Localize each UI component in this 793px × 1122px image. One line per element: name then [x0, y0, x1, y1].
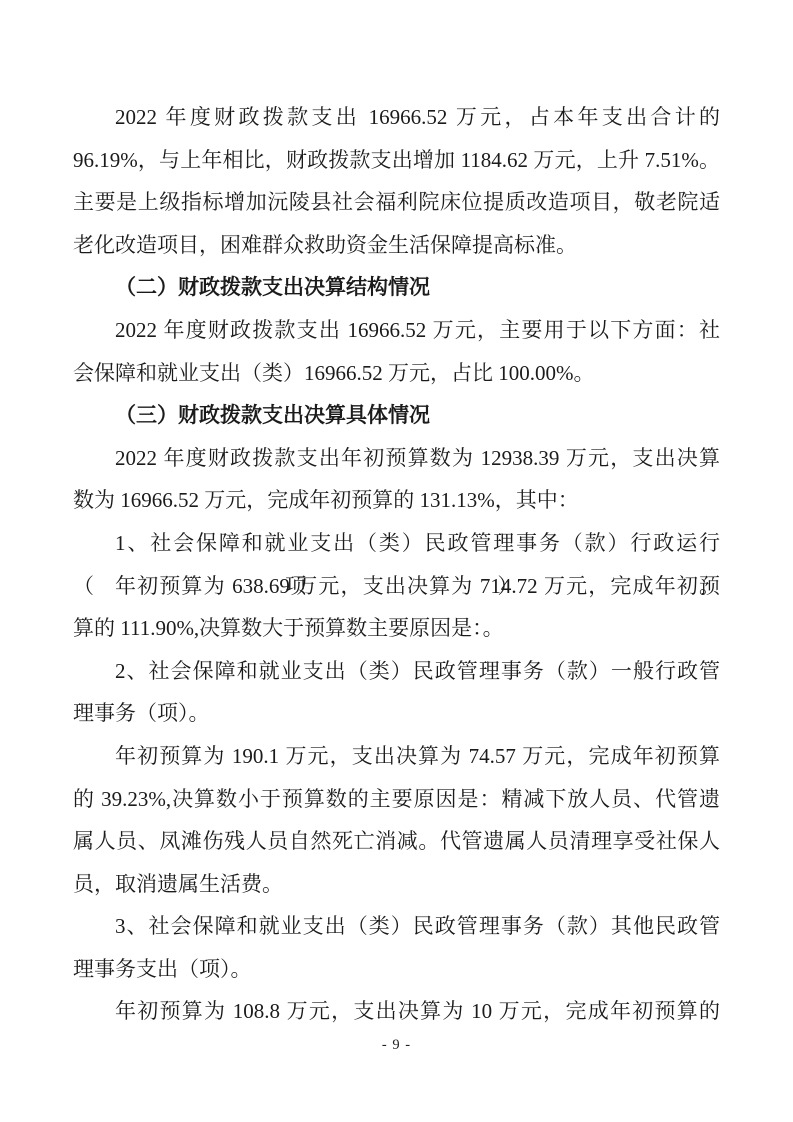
text-line: 2、社会保障和就业支出（类）民政管理事务（款）一般行政管	[73, 650, 720, 693]
text-line: 3、社会保障和就业支出（类）民政管理事务（款）其他民政管	[73, 905, 720, 948]
document-page: 2022 年度财政拨款支出 16966.52 万元，占本年支出合计的 96.19…	[0, 0, 793, 1122]
text-line: 算的 111.90%,决算数大于预算数主要原因是：。	[73, 607, 720, 650]
document-body: 2022 年度财政拨款支出 16966.52 万元，占本年支出合计的 96.19…	[73, 96, 720, 1033]
text-line: 96.19%，与上年相比，财政拨款支出增加 1184.62 万元，上升 7.51…	[73, 139, 720, 182]
text-line: 数为 16966.52 万元，完成年初预算的 131.13%，其中：	[73, 479, 720, 522]
text-line: 年初预算为 108.8 万元，支出决算为 10 万元，完成年初预算的	[73, 990, 720, 1033]
section-heading: （二）财政拨款支出决算结构情况	[73, 266, 720, 309]
text-line: 的 39.23%,决算数小于预算数的主要原因是：精减下放人员、代管遗	[73, 778, 720, 821]
section-heading: （三）财政拨款支出决算具体情况	[73, 394, 720, 437]
text-line: 年初预算为 190.1 万元，支出决算为 74.57 万元，完成年初预算	[73, 735, 720, 778]
text-line: 会保障和就业支出（类）16966.52 万元，占比 100.00%。	[73, 352, 720, 395]
text-line: 理事务（项）。	[73, 692, 720, 735]
text-line: 年初预算为 638.69 万元，支出决算为 714.72 万元，完成年初预	[73, 565, 720, 608]
text-line: 2022 年度财政拨款支出 16966.52 万元，主要用于以下方面：社	[73, 309, 720, 352]
text-line: 1、社会保障和就业支出（类）民政管理事务（款）行政运行（项）。	[73, 522, 720, 565]
text-line: 主要是上级指标增加沅陵县社会福利院床位提质改造项目，敬老院适	[73, 181, 720, 224]
text-line: 2022 年度财政拨款支出年初预算数为 12938.39 万元，支出决算	[73, 437, 720, 480]
text-line: 员，取消遗属生活费。	[73, 863, 720, 906]
text-line: 老化改造项目，困难群众救助资金生活保障提高标准。	[73, 224, 720, 267]
page-number: - 9 -	[0, 1035, 793, 1055]
text-line: 属人员、凤滩伤残人员自然死亡消减。代管遗属人员清理享受社保人	[73, 820, 720, 863]
text-line: 2022 年度财政拨款支出 16966.52 万元，占本年支出合计的	[73, 96, 720, 139]
text-line: 理事务支出（项）。	[73, 948, 720, 991]
